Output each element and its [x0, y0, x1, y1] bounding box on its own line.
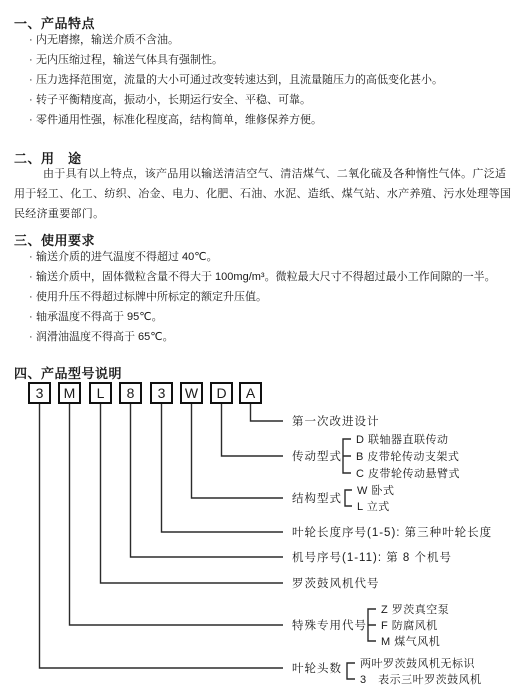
entry-label-improvement: 第一次改进设计: [292, 413, 380, 429]
entry-option: D 联轴器直联传动: [356, 431, 449, 447]
feature-text: 无内压缩过程，输送气体具有强制性。: [36, 54, 223, 66]
entry-option: M 煤气风机: [381, 633, 440, 649]
requirement-text: 输送介质的进气温度不得超过 40℃。: [36, 251, 218, 263]
list-item: ·使用升压不得超过标牌中所标定的额定升压值。: [29, 287, 516, 307]
requirement-text: 润滑油温度不得高于 65℃。: [36, 331, 174, 343]
bullet-dot: ·: [29, 70, 36, 90]
list-item: ·无内压缩过程，输送气体具有强制性。: [29, 50, 516, 70]
requirements-list: ·输送介质的进气温度不得超过 40℃。 ·输送介质中，固体微粒含量不得大于 10…: [29, 247, 516, 347]
bullet-dot: ·: [29, 267, 36, 287]
entry-label-rotor-length: 叶轮长度序号(1-5): 第三种叶轮长度: [292, 524, 492, 540]
bullet-dot: ·: [29, 247, 36, 267]
model-code-box: A: [239, 382, 262, 404]
model-code-box: 3: [150, 382, 173, 404]
list-item: ·转子平衡精度高，振动小，长期运行安全、平稳、可靠。: [29, 90, 516, 110]
model-code-box: M: [58, 382, 81, 404]
entry-option: 3 表示三叶罗茨鼓风机: [360, 671, 482, 687]
entry-option: W 卧式: [357, 482, 394, 498]
list-item: ·内无磨擦，输送介质不含油。: [29, 30, 516, 50]
model-code-box: L: [89, 382, 112, 404]
usage-paragraph: 由于具有以上特点，该产品用以输送清洁空气、清洁煤气、二氧化硫及各种惰性气体。广泛…: [14, 164, 514, 224]
entry-label-machine-size: 机号序号(1-11): 第 8 个机号: [292, 549, 452, 565]
features-list: ·内无磨擦，输送介质不含油。 ·无内压缩过程，输送气体具有强制性。 ·压力选择范…: [29, 30, 516, 130]
model-code-diagram: 3 M L 8 3 W D A 第一次改进设计 传动型式 结构型式 叶轮长度序号…: [0, 378, 526, 693]
feature-text: 压力选择范围宽，流量的大小可通过改变转速达到，且流量随压力的高低变化甚小。: [36, 74, 443, 86]
bullet-dot: ·: [29, 90, 36, 110]
model-code-box: 8: [119, 382, 142, 404]
entry-label-special-code: 特殊专用代号: [292, 617, 367, 633]
feature-text: 零件通用性强，标准化程度高，结构简单，维修保养方便。: [36, 114, 322, 126]
entry-label-blower-code: 罗茨鼓风机代号: [292, 575, 380, 591]
entry-option: C 皮带轮传动悬臂式: [356, 465, 460, 481]
requirement-text: 轴承温度不得高于 95℃。: [36, 311, 163, 323]
requirement-text: 输送介质中，固体微粒含量不得大于 100mg/m³。微粒最大尺寸不得超过最小工作…: [36, 271, 496, 283]
list-item: ·输送介质中，固体微粒含量不得大于 100mg/m³。微粒最大尺寸不得超过最小工…: [29, 267, 516, 287]
entry-option: B 皮带轮传动支架式: [356, 448, 459, 464]
requirement-text: 使用升压不得超过标牌中所标定的额定升压值。: [36, 291, 267, 303]
bullet-dot: ·: [29, 327, 36, 347]
bullet-dot: ·: [29, 307, 36, 327]
list-item: ·润滑油温度不得高于 65℃。: [29, 327, 516, 347]
entry-option: Z 罗茨真空泵: [381, 601, 449, 617]
entry-option: F 防腐风机: [381, 617, 438, 633]
entry-label-structure: 结构型式: [292, 490, 342, 506]
entry-label-drive-type: 传动型式: [292, 448, 342, 464]
feature-text: 内无磨擦，输送介质不含油。: [36, 34, 179, 46]
bullet-dot: ·: [29, 287, 36, 307]
list-item: ·轴承温度不得高于 95℃。: [29, 307, 516, 327]
entry-label-lobe-count: 叶轮头数: [292, 660, 342, 676]
list-item: ·压力选择范围宽，流量的大小可通过改变转速达到，且流量随压力的高低变化甚小。: [29, 70, 516, 90]
bullet-dot: ·: [29, 50, 36, 70]
feature-text: 转子平衡精度高，振动小，长期运行安全、平稳、可靠。: [36, 94, 311, 106]
bullet-dot: ·: [29, 30, 36, 50]
model-code-box: 3: [28, 382, 51, 404]
bullet-dot: ·: [29, 110, 36, 130]
entry-option: L 立式: [357, 498, 390, 514]
list-item: ·零件通用性强，标准化程度高，结构简单，维修保养方便。: [29, 110, 516, 130]
entry-option: 两叶罗茨鼓风机无标识: [360, 655, 475, 671]
model-code-box: W: [180, 382, 203, 404]
model-code-box: D: [210, 382, 233, 404]
list-item: ·输送介质的进气温度不得超过 40℃。: [29, 247, 516, 267]
